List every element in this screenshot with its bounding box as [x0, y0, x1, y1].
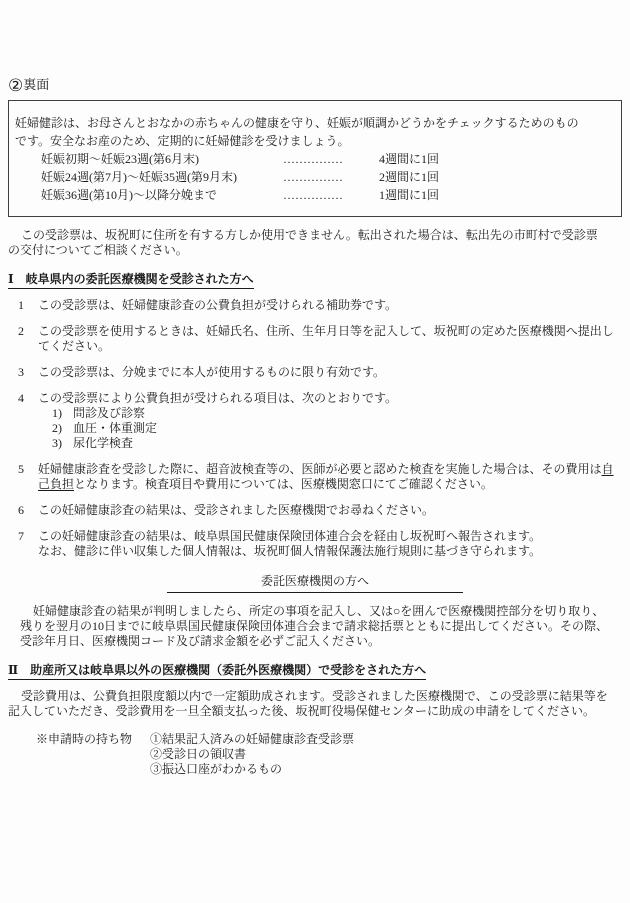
schedule-row: 妊娠初期～妊娠23週(第6月末) …………… 4週間に1回: [41, 150, 615, 168]
schedule-frequency: 1週間に1回: [379, 186, 439, 204]
sublist-item: 3) 尿化学検査: [52, 436, 622, 451]
numbered-item: 6 この妊婦健康診査の結果は、受診されました医療機関でお尋ねください。: [18, 503, 622, 518]
numbered-item: 7 この妊婦健康診査の結果は、岐阜県国民健康保険団体連合会を経由し坂祝町へ報告さ…: [18, 529, 622, 559]
schedule-row: 妊娠36週(第10月)～以降分娩まで …………… 1週間に1回: [41, 186, 615, 204]
schedule-period: 妊娠24週(第7月)～妊娠35週(第9月末): [41, 168, 283, 186]
numbered-item: 2 この受診票を使用するときは、妊婦氏名、住所、生年月日等を記入して、坂祝町の定…: [18, 324, 622, 354]
item-text-line: この妊婦健康診査の結果は、岐阜県国民健康保険団体連合会を経由し坂祝町へ報告されま…: [38, 529, 622, 544]
belongings-list: ①結果記入済みの妊婦健康診査受診票 ②受診日の領収書 ③振込口座がわかるもの: [150, 732, 354, 777]
schedule-frequency: 2週間に1回: [379, 168, 439, 186]
self-pay-underline: 自: [602, 462, 614, 476]
belongings-label: ※申請時の持ち物: [36, 732, 150, 777]
item-number: 1: [18, 298, 38, 313]
sublist-marker: 1): [52, 406, 73, 421]
schedule-dot-leader: ……………: [283, 186, 379, 204]
item-number: 4: [18, 391, 38, 451]
box-intro-line: 妊婦健診は、お母さんとおなかの赤ちゃんの健康を守り、妊娠が順調かどうかをチェック…: [15, 114, 615, 132]
sublist-marker: 3): [52, 436, 73, 451]
schedule-row: 妊娠24週(第7月)～妊娠35週(第9月末) …………… 2週間に1回: [41, 168, 615, 186]
sublist-marker: 2): [52, 421, 73, 436]
item-text-line: てください。: [38, 339, 622, 354]
section1-heading: Ⅰ 岐阜県内の委託医療機関を受診された方へ: [8, 271, 622, 287]
item-text-line: 妊婦健康診査を受診した際に、超音波検査等の、医師が必要と認めた検査を実施した場合…: [38, 462, 622, 477]
item-text-line: この受診票は、分娩までに本人が使用するものに限り有効です。: [38, 365, 622, 380]
circled-two-marker: ②: [8, 76, 23, 95]
section2-line: 受診費用は、公費負担限度額以内で一定額助成されます。受診されました医療機関で、こ…: [8, 689, 622, 704]
numbered-item: 1 この受診票は、妊婦健康診査の公費負担が受けられる補助券です。: [18, 298, 622, 313]
belongings-item: ②受診日の領収書: [150, 747, 354, 762]
schedule-period: 妊娠初期～妊娠23週(第6月末): [41, 150, 283, 168]
section2-line: 記入していただき、受診費用を一旦全額支払った後、坂祝町役場保健センターに助成の申…: [8, 704, 622, 719]
belongings-item: ③振込口座がわかるもの: [150, 762, 354, 777]
sublist-text: 尿化学検査: [73, 436, 133, 451]
schedule-period: 妊娠36週(第10月)～以降分娩まで: [41, 186, 283, 204]
item-number: 3: [18, 365, 38, 380]
box-intro-line: です。安全なお産のため、定期的に妊婦健診を受けましょう。: [15, 132, 615, 150]
item-text-line: 己負担となります。検査項目や費用については、医療機関窓口にてご確認ください。: [38, 477, 622, 492]
self-pay-underline: 己負担: [38, 477, 74, 491]
entrusted-line: 残りを翌月の10日までに岐阜県国民健康保険団体連合会まで請求総括票とともに提出し…: [20, 619, 622, 634]
numbered-item: 3 この受診票は、分娩までに本人が使用するものに限り有効です。: [18, 365, 622, 380]
sublist-text: 問診及び診察: [73, 406, 145, 421]
sublist-item: 1) 問診及び診察: [52, 406, 622, 421]
belongings-item: ①結果記入済みの妊婦健康診査受診票: [150, 732, 354, 747]
application-belongings: ※申請時の持ち物 ①結果記入済みの妊婦健康診査受診票 ②受診日の領収書 ③振込口…: [36, 732, 622, 777]
notice-line: の交付についてご相談ください。: [8, 243, 622, 258]
entrusted-instructions: 妊婦健康診査の結果が判明しましたら、所定の事項を記入し、又は○を囲んで医療機関控…: [20, 604, 622, 649]
reimbursement-instructions: 受診費用は、公費負担限度額以内で一定額助成されます。受診されました医療機関で、こ…: [8, 689, 622, 719]
residency-notice: この受診票は、坂祝町に住所を有する方しか使用できません。転出された場合は、転出先…: [8, 228, 622, 258]
section2-heading: Ⅱ 助産所又は岐阜県以外の医療機関（委託外医療機関）で受診をされた方へ: [8, 662, 622, 678]
entrusted-line: 受診年月日、医療機関コード及び請求金額を必ずご記入ください。: [20, 634, 622, 649]
item-number: 7: [18, 529, 38, 559]
numbered-item: 4 この受診票により公費負担が受けられる項目は、次のとおりです。 1) 問診及び…: [18, 391, 622, 451]
section1-heading-text: Ⅰ 岐阜県内の委託医療機関を受診された方へ: [8, 272, 254, 289]
checkup-guidance-box: 妊婦健診は、お母さんとおなかの赤ちゃんの健康を守り、妊娠が順調かどうかをチェック…: [8, 100, 622, 217]
item-text-line: この受診票により公費負担が受けられる項目は、次のとおりです。: [38, 391, 622, 406]
page-side-label: ②裏面: [8, 76, 622, 95]
notice-line: この受診票は、坂祝町に住所を有する方しか使用できません。転出された場合は、転出先…: [8, 228, 622, 243]
numbered-item: 5 妊婦健康診査を受診した際に、超音波検査等の、医師が必要と認めた検査を実施した…: [18, 462, 622, 492]
sublist-text: 血圧・体重測定: [73, 421, 157, 436]
schedule-dot-leader: ……………: [283, 168, 379, 186]
sublist-item: 2) 血圧・体重測定: [52, 421, 622, 436]
item-number: 5: [18, 462, 38, 492]
entrusted-line: 妊婦健康診査の結果が判明しましたら、所定の事項を記入し、又は○を囲んで医療機関控…: [20, 604, 622, 619]
page-side-label-text: 裏面: [23, 77, 49, 92]
document-page: ②裏面 妊婦健診は、お母さんとおなかの赤ちゃんの健康を守り、妊娠が順調かどうかを…: [0, 0, 630, 903]
item-text-line: この受診票を使用するときは、妊婦氏名、住所、生年月日等を記入して、坂祝町の定めた…: [38, 324, 622, 339]
covered-items-sublist: 1) 問診及び診察 2) 血圧・体重測定 3) 尿化学検査: [38, 406, 622, 451]
item-text-line: この妊婦健康診査の結果は、受診されました医療機関でお尋ねください。: [38, 503, 622, 518]
item-text-line: なお、健診に伴い収集した個人情報は、坂祝町個人情報保護法施行規則に基づき守られま…: [38, 544, 622, 559]
item-number: 2: [18, 324, 38, 354]
section2-heading-text: Ⅱ 助産所又は岐阜県以外の医療機関（委託外医療機関）で受診をされた方へ: [8, 663, 426, 680]
item-number: 6: [18, 503, 38, 518]
entrusted-institutions-heading: 委託医療機関の方へ: [167, 574, 463, 593]
schedule-frequency: 4週間に1回: [379, 150, 439, 168]
schedule-dot-leader: ……………: [283, 150, 379, 168]
item-text-line: この受診票は、妊婦健康診査の公費負担が受けられる補助券です。: [38, 298, 622, 313]
